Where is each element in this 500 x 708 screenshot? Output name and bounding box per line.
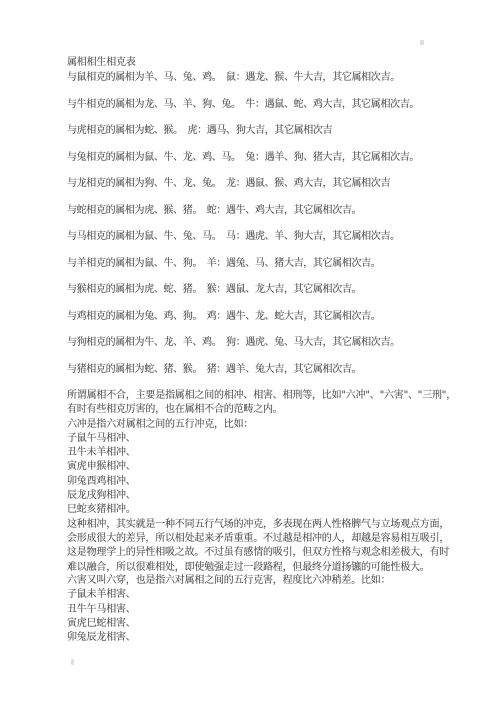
paragraph-line: 子鼠未羊相害、 — [67, 588, 459, 602]
table-row-snake: 与蛇相克的属相为虎、猴、猪。 蛇：遇牛、鸡大吉，其它属相次吉。 — [67, 204, 419, 217]
section-liuchong: 所谓属相不合，主要是指属相之间的相冲、相害、相刑等，比如"六冲"、"六害"、"三… — [67, 389, 459, 575]
document-title: 属相相生相克表 — [67, 56, 136, 69]
paragraph-line: 丑牛未羊相冲、 — [67, 446, 459, 460]
paragraph-line: 卯兔酉鸡相冲、 — [67, 475, 459, 489]
scan-artifact-dot — [420, 40, 424, 45]
paragraph-line: 寅虎申猴相冲、 — [67, 460, 459, 474]
paragraph-line: 巳蛇亥猪相冲。 — [67, 503, 459, 517]
table-row-dragon: 与龙相克的属相为狗、牛、龙、兔。 龙：遇鼠、猴、鸡大吉，其它属相次吉 — [67, 177, 419, 190]
paragraph-line: 六害又叫六穿，也是指六对属相之间的五行克害，程度比六冲稍差。比如： — [67, 574, 459, 588]
paragraph-line: 子鼠午马相冲、 — [67, 432, 459, 446]
paragraph-line: 所谓属相不合，主要是指属相之间的相冲、相害、相刑等，比如"六冲"、"六害"、"三… — [67, 389, 459, 403]
scan-artifact-dot — [71, 659, 74, 665]
paragraph-line: 六冲是指六对属相之间的五行冲克，比如： — [67, 418, 459, 432]
table-row-monkey: 与猴相克的属相为虎、蛇、猪。 猴：遇鼠、龙大吉，其它属相次吉。 — [67, 283, 419, 296]
paragraph-line: 这是物理学上的异性相吸之故。不过虽有感情的吸引，但双方性格与观念相差极大，有时 — [67, 546, 459, 560]
table-row-tiger: 与虎相克的属相为蛇、猴。 虎：遇马、狗大吉，其它属相次吉 — [67, 124, 419, 137]
paragraph-line: 寅虎巳蛇相害、 — [67, 617, 459, 631]
document-page: 属相相生相克表 与鼠相克的属相为羊、马、兔、鸡。 鼠：遇龙、猴、牛大吉，其它属相… — [0, 0, 500, 708]
paragraph-line: 辰龙戌狗相冲、 — [67, 489, 459, 503]
table-row-rat: 与鼠相克的属相为羊、马、兔、鸡。 鼠：遇龙、猴、牛大吉，其它属相次吉。 — [67, 71, 419, 84]
paragraph-line: 这种相冲，其实就是一种不同五行气场的冲克，多表现在两人性格脾气与立场观点方面， — [67, 518, 459, 532]
table-row-pig: 与猪相克的属相为蛇、猪、猴。 猪：遇羊、兔大吉，其它属相次吉。 — [67, 363, 419, 376]
paragraph-line: 难以融合，所以很难相处，即使勉强走过一段路程，但最终分道扬镳的可能性极大。 — [67, 561, 459, 575]
table-row-dog: 与狗相克的属相为牛、龙、羊、鸡。 狗：遇虎、兔、马大吉，其它属相次吉。 — [67, 336, 419, 349]
paragraph-line: 丑牛午马相害、 — [67, 603, 459, 617]
table-row-goat: 与羊相克的属相为鼠、牛、狗。 羊：遇兔、马、猪大吉，其它属相次吉。 — [67, 257, 419, 270]
zodiac-compatibility-table: 与鼠相克的属相为羊、马、兔、鸡。 鼠：遇龙、猴、牛大吉，其它属相次吉。 与牛相克… — [67, 71, 419, 389]
table-row-ox: 与牛相克的属相为龙、马、羊、狗、兔。 牛：遇鼠、蛇、鸡大吉，其它属相次吉。 — [67, 98, 419, 111]
table-row-rooster: 与鸡相克的属相为兔、鸡、狗。 鸡：遇牛、龙、蛇大吉，其它属相次吉。 — [67, 310, 419, 323]
section-liuhai: 六害又叫六穿，也是指六对属相之间的五行克害，程度比六冲稍差。比如： 子鼠未羊相害… — [67, 574, 459, 645]
paragraph-line: 有时有些相克厉害的，也在属相不合的范畴之内。 — [67, 403, 459, 417]
table-row-horse: 与马相克的属相为鼠、牛、兔、马。 马：遇虎、羊、狗大吉，其它属相次吉。 — [67, 230, 419, 243]
paragraph-line: 卯兔辰龙相害、 — [67, 631, 459, 645]
paragraph-line: 会形成很大的差异，所以相处起来矛盾重重。不过越是相冲的人，却越是容易相互吸引， — [67, 532, 459, 546]
table-row-rabbit: 与兔相克的属相为鼠、牛、龙、鸡、马。 兔：遇羊、狗、猪大吉，其它属相次吉。 — [67, 151, 419, 164]
